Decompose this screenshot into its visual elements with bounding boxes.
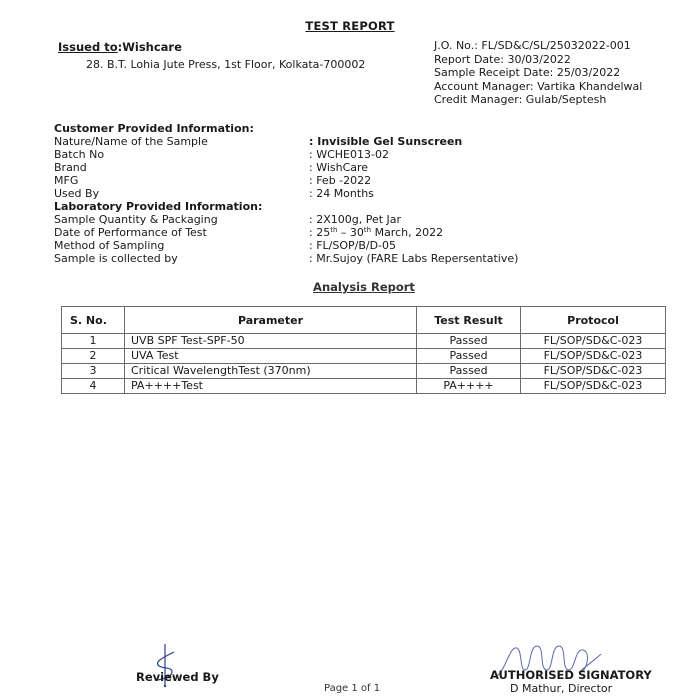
analysis-report-title: Analysis Report xyxy=(0,280,700,294)
info-row: Brand: WishCare xyxy=(54,161,518,174)
info-row: Nature/Name of the Sample: Invisible Gel… xyxy=(54,135,518,148)
info-value: : WCHE013-02 xyxy=(309,148,389,161)
info-row: Date of Performance of Test: 25th – 30th… xyxy=(54,226,518,239)
info-label: Method of Sampling xyxy=(54,239,309,252)
cell-test-result: Passed xyxy=(417,334,521,349)
info-value: : Mr.Sujoy (FARE Labs Repersentative) xyxy=(309,252,518,265)
report-title: TEST REPORT xyxy=(0,19,700,33)
cell-serial-number: 2 xyxy=(62,349,125,364)
report-meta: J.O. No.: FL/SD&C/SL/25032022-001 Report… xyxy=(434,39,642,107)
cell-protocol: FL/SOP/SD&C-023 xyxy=(521,334,666,349)
info-value: : Invisible Gel Sunscreen xyxy=(309,135,462,148)
info-value: : FL/SOP/B/D-05 xyxy=(309,239,396,252)
cell-parameter: UVA Test xyxy=(125,349,417,364)
info-row: MFG: Feb -2022 xyxy=(54,174,518,187)
info-value: : Feb -2022 xyxy=(309,174,371,187)
info-row: Used By: 24 Months xyxy=(54,187,518,200)
header-protocol: Protocol xyxy=(521,307,666,334)
issued-to-label: Issued to xyxy=(58,40,118,54)
table-header-row: S. No. Parameter Test Result Protocol xyxy=(62,307,666,334)
info-label: Brand xyxy=(54,161,309,174)
analysis-table: S. No. Parameter Test Result Protocol 1U… xyxy=(61,306,666,394)
reviewed-by-label: Reviewed By xyxy=(136,670,219,684)
info-label: Nature/Name of the Sample xyxy=(54,135,309,148)
page-number: Page 1 of 1 xyxy=(324,683,380,694)
cell-protocol: FL/SOP/SD&C-023 xyxy=(521,364,666,379)
table-row: 2UVA TestPassedFL/SOP/SD&C-023 xyxy=(62,349,666,364)
table-row: 3Critical WavelengthTest (370nm)PassedFL… xyxy=(62,364,666,379)
info-label: Used By xyxy=(54,187,309,200)
sample-receipt-date: Sample Receipt Date: 25/03/2022 xyxy=(434,66,642,80)
cell-protocol: FL/SOP/SD&C-023 xyxy=(521,379,666,394)
table-row: 4PA++++TestPA++++FL/SOP/SD&C-023 xyxy=(62,379,666,394)
cell-parameter: Critical WavelengthTest (370nm) xyxy=(125,364,417,379)
report-date: Report Date: 30/03/2022 xyxy=(434,53,642,67)
info-label: Sample is collected by xyxy=(54,252,309,265)
table-row: 1UVB SPF Test-SPF-50PassedFL/SOP/SD&C-02… xyxy=(62,334,666,349)
cell-parameter: UVB SPF Test-SPF-50 xyxy=(125,334,417,349)
cell-test-result: Passed xyxy=(417,349,521,364)
header-serial-number: S. No. xyxy=(62,307,125,334)
cell-test-result: PA++++ xyxy=(417,379,521,394)
issued-to: Issued to:Wishcare xyxy=(58,40,182,54)
info-label: Sample Quantity & Packaging xyxy=(54,213,309,226)
header-parameter: Parameter xyxy=(125,307,417,334)
cell-serial-number: 4 xyxy=(62,379,125,394)
address: 28. B.T. Lohia Jute Press, 1st Floor, Ko… xyxy=(86,57,376,73)
cell-serial-number: 1 xyxy=(62,334,125,349)
signatory-name: D Mathur, Director xyxy=(510,682,612,695)
info-row: Batch No: WCHE013-02 xyxy=(54,148,518,161)
authorised-signatory-label: AUTHORISED SIGNATORY xyxy=(490,668,652,682)
cell-protocol: FL/SOP/SD&C-023 xyxy=(521,349,666,364)
lab-section-row: Laboratory Provided Information: xyxy=(54,200,518,213)
account-manager: Account Manager: Vartika Khandelwal xyxy=(434,80,642,94)
info-value: : 2X100g, Pet Jar xyxy=(309,213,401,226)
info-value: : WishCare xyxy=(309,161,368,174)
info-label: Batch No xyxy=(54,148,309,161)
info-label: Date of Performance of Test xyxy=(54,226,309,239)
header-test-result: Test Result xyxy=(417,307,521,334)
info-label: MFG xyxy=(54,174,309,187)
info-row: Sample Quantity & Packaging: 2X100g, Pet… xyxy=(54,213,518,226)
info-row: Sample is collected by: Mr.Sujoy (FARE L… xyxy=(54,252,518,265)
customer-section-heading: Customer Provided Information: xyxy=(54,122,518,135)
info-value: : 25th – 30th March, 2022 xyxy=(309,226,443,239)
credit-manager: Credit Manager: Gulab/Septesh xyxy=(434,93,642,107)
info-row: Method of Sampling: FL/SOP/B/D-05 xyxy=(54,239,518,252)
job-order-number: J.O. No.: FL/SD&C/SL/25032022-001 xyxy=(434,39,642,53)
issued-to-name: :Wishcare xyxy=(118,40,182,54)
info-value: : 24 Months xyxy=(309,187,374,200)
cell-serial-number: 3 xyxy=(62,364,125,379)
cell-parameter: PA++++Test xyxy=(125,379,417,394)
sample-information: Customer Provided Information: Nature/Na… xyxy=(54,122,518,265)
cell-test-result: Passed xyxy=(417,364,521,379)
lab-section-heading: Laboratory Provided Information: xyxy=(54,200,262,213)
